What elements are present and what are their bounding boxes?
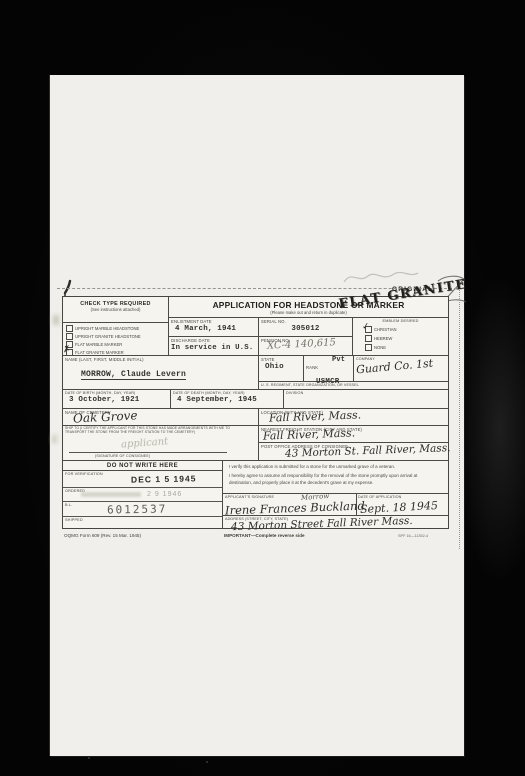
- applicant-signature-cell: APPLICANT'S SIGNATURE Morrow Irene Franc…: [223, 494, 357, 516]
- check-type-subtitle: (See instructions attached): [63, 307, 168, 312]
- emblem-option-none: NONE: [353, 343, 448, 352]
- freight-value-handwritten: Fall River, Mass.: [263, 426, 356, 442]
- cut-line-vertical: [459, 281, 460, 549]
- consignee-signature-caption: (SIGNATURE OF CONSIGNEE): [93, 453, 152, 459]
- option-upright-granite: UPRIGHT GRANITE HEADSTONE: [63, 332, 168, 340]
- cemetery-value-handwritten: Oak Grove: [73, 408, 138, 425]
- location-cell: LOCATION (CITY AND STATE) Fall River, Ma…: [259, 409, 448, 426]
- serial-value: 305012: [259, 325, 352, 333]
- enlistment-date-cell: ENLISTMENT DATE 4 March, 1941: [169, 318, 259, 337]
- checkbox-upright-marble: [66, 325, 73, 332]
- option-label: FLAT MARBLE MARKER: [75, 342, 122, 347]
- option-label: HEBREW: [374, 336, 392, 341]
- verification-row: FOR VERIFICATION DEC 1 5 1945: [63, 471, 222, 488]
- option-label: UPRIGHT GRANITE HEADSTONE: [75, 334, 141, 339]
- name-label: NAME (LAST, FIRST, MIDDLE INITIAL): [63, 356, 258, 363]
- margin-smudge: [53, 315, 59, 325]
- option-label: FLAT GRANITE MARKER: [75, 350, 124, 355]
- dust-speck: [88, 757, 90, 759]
- margin-smudge: [52, 435, 57, 443]
- application-date-handwritten: Sept. 18 1945: [360, 499, 439, 516]
- option-label: CHRISTIAN: [374, 327, 397, 332]
- rank-label: RANK: [304, 364, 320, 371]
- paper-page: ORIGINAL FLAT GRANITE CHECK TYPE REQUIRE…: [50, 75, 464, 756]
- option-upright-marble: UPRIGHT MARBLE HEADSTONE: [63, 324, 168, 332]
- address-row: ADDRESS (STREET, CITY, STATE) 43 Morton …: [223, 515, 448, 530]
- post-office-cell: POST OFFICE ADDRESS OF CONSIGNEE 43 Mort…: [259, 443, 448, 461]
- form-subtitle: (Please make out and return in duplicate…: [169, 310, 448, 315]
- footer-important-note: IMPORTANT—Complete reverse side: [224, 533, 305, 538]
- handwritten-check-mark: ✓: [361, 321, 370, 332]
- ship-to-value-handwritten: applicant: [121, 436, 169, 450]
- ordered-date-stamp: 2 9 1946: [147, 491, 182, 498]
- state-cell: STATE Ohio: [259, 356, 304, 382]
- bl-number-stamp: 6012537: [107, 502, 168, 516]
- enlistment-value: 4 March, 1941: [175, 325, 258, 333]
- checkbox-none: [365, 344, 372, 351]
- option-label: UPRIGHT MARBLE HEADSTONE: [75, 326, 139, 331]
- checkbox-upright-granite: [66, 333, 73, 340]
- option-flat-granite: ✗ FLAT GRANITE MARKER: [63, 348, 168, 356]
- shipped-label: SHIPPED: [63, 517, 222, 524]
- emblem-option-christian: ✓ CHRISTIAN: [353, 325, 448, 334]
- death-value: 4 September, 1945: [177, 396, 283, 404]
- enlistment-label: ENLISTMENT DATE: [169, 318, 258, 325]
- headstone-application-form: CHECK TYPE REQUIRED (See instructions at…: [62, 296, 449, 529]
- division-cell: DIVISION: [284, 390, 448, 409]
- office-use-box: DO NOT WRITE HERE FOR VERIFICATION DEC 1…: [63, 461, 223, 529]
- scanned-document-view: ORIGINAL FLAT GRANITE CHECK TYPE REQUIRE…: [0, 0, 525, 776]
- faint-stamp-smudge: [81, 492, 141, 497]
- discharge-label: DISCHARGE DATE: [169, 337, 258, 344]
- handwritten-x-mark: ✗: [62, 345, 71, 356]
- cemetery-cell: NAME OF CEMETERY Oak Grove: [63, 409, 259, 426]
- birth-value: 3 October, 1921: [69, 396, 170, 404]
- option-flat-marble: FLAT MARBLE MARKER: [63, 340, 168, 348]
- ship-to-label: SHIP TO (I CERTIFY THE APPLICANT FOR THI…: [63, 426, 247, 436]
- discharge-value: In service in U.S.: [171, 344, 258, 352]
- death-date-cell: DATE OF DEATH (MONTH, DAY, YEAR) 4 Septe…: [171, 390, 284, 409]
- division-label: DIVISION: [284, 390, 448, 396]
- state-value: Ohio: [265, 363, 303, 371]
- pension-value-handwritten: XC-4 140,615: [267, 337, 336, 352]
- ship-to-cell: SHIP TO (I CERTIFY THE APPLICANT FOR THI…: [63, 426, 259, 461]
- pension-number-cell: PENSION NO. XC-4 140,615: [259, 337, 353, 356]
- option-label: NONE: [374, 345, 386, 350]
- agree-statement: I hereby agree to assume all responsibil…: [229, 473, 431, 487]
- rank-cell: RANK Pvt USMCR: [304, 356, 354, 382]
- checkbox-hebrew: [365, 335, 372, 342]
- verify-statement: I verify this application is submitted f…: [229, 464, 431, 471]
- shipped-row: SHIPPED: [63, 517, 222, 531]
- certification-box: I verify this application is submitted f…: [223, 461, 448, 529]
- bill-of-lading-row: B.L. 6012537: [63, 502, 222, 517]
- freight-station-cell: NEAREST FREIGHT STATION (CITY AND STATE)…: [259, 426, 448, 443]
- company-cell: COMPANY Guard Co. 1st: [354, 356, 448, 382]
- emblem-cell: EMBLEM DESIRED ✓ CHRISTIAN HEBREW NONE: [353, 318, 448, 356]
- application-date-cell: DATE OF APPLICATION Sept. 18 1945: [356, 494, 448, 516]
- name-value: MORROW, Claude Levern: [81, 370, 186, 380]
- office-use-title: DO NOT WRITE HERE: [63, 461, 222, 471]
- dust-speck: [206, 761, 208, 763]
- marker-type-options-cell: UPRIGHT MARBLE HEADSTONE UPRIGHT GRANITE…: [63, 323, 169, 356]
- discharge-date-cell: DISCHARGE DATE In service in U.S.: [169, 337, 259, 356]
- check-type-header-cell: CHECK TYPE REQUIRED (See instructions at…: [63, 297, 169, 323]
- location-value-handwritten: Fall River, Mass.: [269, 408, 362, 424]
- regiment-strip: U. S. REGIMENT, STATE ORGANIZATION, OR V…: [259, 382, 448, 390]
- serial-label: SERIAL NO.: [259, 318, 352, 325]
- signature-row: APPLICANT'S SIGNATURE Morrow Irene Franc…: [223, 493, 448, 516]
- emblem-option-hebrew: HEBREW: [353, 334, 448, 343]
- form-number: OQMG Form 609 (Rev. 15 Mar. 1945): [64, 533, 141, 538]
- verification-date-stamp: DEC 1 5 1945: [131, 473, 197, 484]
- ordered-row: ORDERED 2 9 1946: [63, 488, 222, 502]
- birth-date-cell: DATE OF BIRTH (MONTH, DAY, YEAR) 3 Octob…: [63, 390, 171, 409]
- veteran-name-cell: NAME (LAST, FIRST, MIDDLE INITIAL) MORRO…: [63, 356, 259, 390]
- print-code: SPF 16—11352-4: [398, 534, 428, 538]
- serial-number-cell: SERIAL NO. 305012: [259, 318, 353, 337]
- state-label: STATE: [259, 356, 303, 363]
- rank-value-top: Pvt: [332, 356, 345, 364]
- regiment-label: U. S. REGIMENT, STATE ORGANIZATION, OR V…: [259, 382, 448, 388]
